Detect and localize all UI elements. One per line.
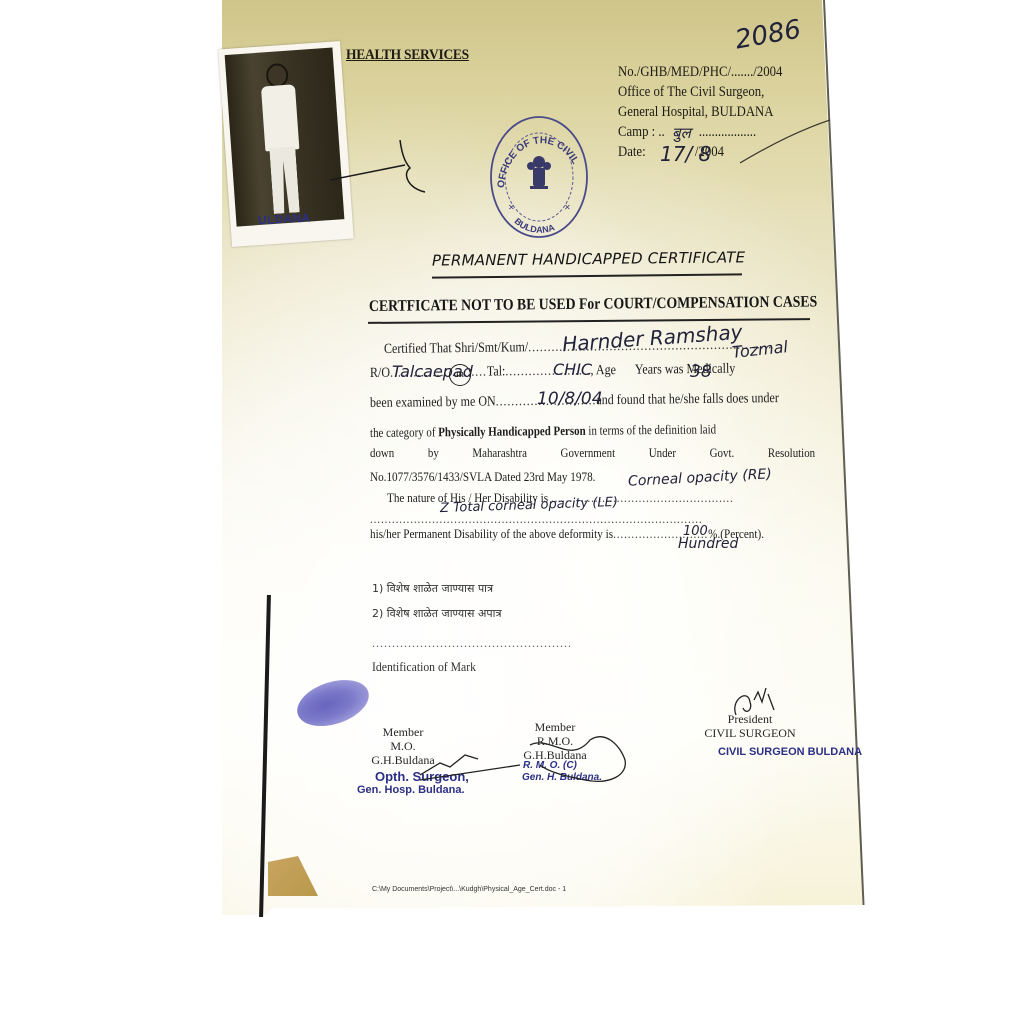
ashoka-emblem-icon	[527, 156, 551, 189]
resolution-words-line: down by Maharashtra Government Under Gov…	[370, 445, 815, 461]
civil-surgeon-seal: OFFICE OF THE CIVIL SURGEON BULDANA ✕ ✕	[486, 110, 592, 244]
residence-mark: m	[449, 364, 471, 386]
disability-continuation-line: ........................................…	[370, 511, 703, 527]
president-signature	[728, 680, 778, 720]
resolution-number: No.1077/3576/1433/SVLA Dated 23rd May 19…	[370, 469, 595, 485]
school-option-eligible: 1) विशेष शाळेत जाण्यास पात्र	[372, 576, 502, 601]
date-handwritten: 17/ 8	[660, 142, 711, 166]
taluka-handwritten: CHIC	[553, 360, 592, 379]
school-option-ineligible: 2) विशेष शाळेत जाण्यास अपात्र	[372, 601, 502, 626]
department-heading: HEALTH SERVICES	[346, 47, 469, 64]
photo-image	[225, 48, 345, 227]
svg-text:✕: ✕	[508, 203, 515, 212]
exam-date-handwritten: 10/8/04	[537, 389, 603, 409]
svg-text:✕: ✕	[564, 203, 571, 212]
camp-handwritten: बुल	[672, 123, 691, 143]
identification-label: Identification of Mark	[372, 659, 476, 675]
office-line-1: Office of The Civil Surgeon,	[618, 82, 782, 102]
member-signatures	[420, 735, 650, 795]
certificate-title: PERMANENT HANDICAPPED CERTIFICATE	[432, 248, 745, 269]
blank-area	[0, 918, 1024, 1024]
file-path-footer: C:\My Documents\Project\...\Kudgh\Physic…	[372, 886, 566, 893]
pen-stroke	[740, 115, 830, 165]
reference-line: No./GHB/MED/PHC/......./2004	[618, 62, 782, 82]
percent-words-handwritten: Hundred	[678, 536, 738, 552]
civil-surgeon-stamp: CIVIL SURGEON BULDANA	[718, 746, 862, 758]
age-handwritten: 38	[690, 362, 712, 382]
identification-dots: ........................................…	[372, 636, 572, 651]
scanned-certificate: ULDANA HEALTH SERVICES 2086 No./GHB/MED/…	[0, 0, 1024, 1024]
photo-stamp: ULDANA	[258, 211, 311, 228]
photo-signature	[330, 140, 430, 200]
school-eligibility-options: 1) विशेष शाळेत जाण्यास पात्र 2) विशेष शा…	[372, 576, 502, 626]
